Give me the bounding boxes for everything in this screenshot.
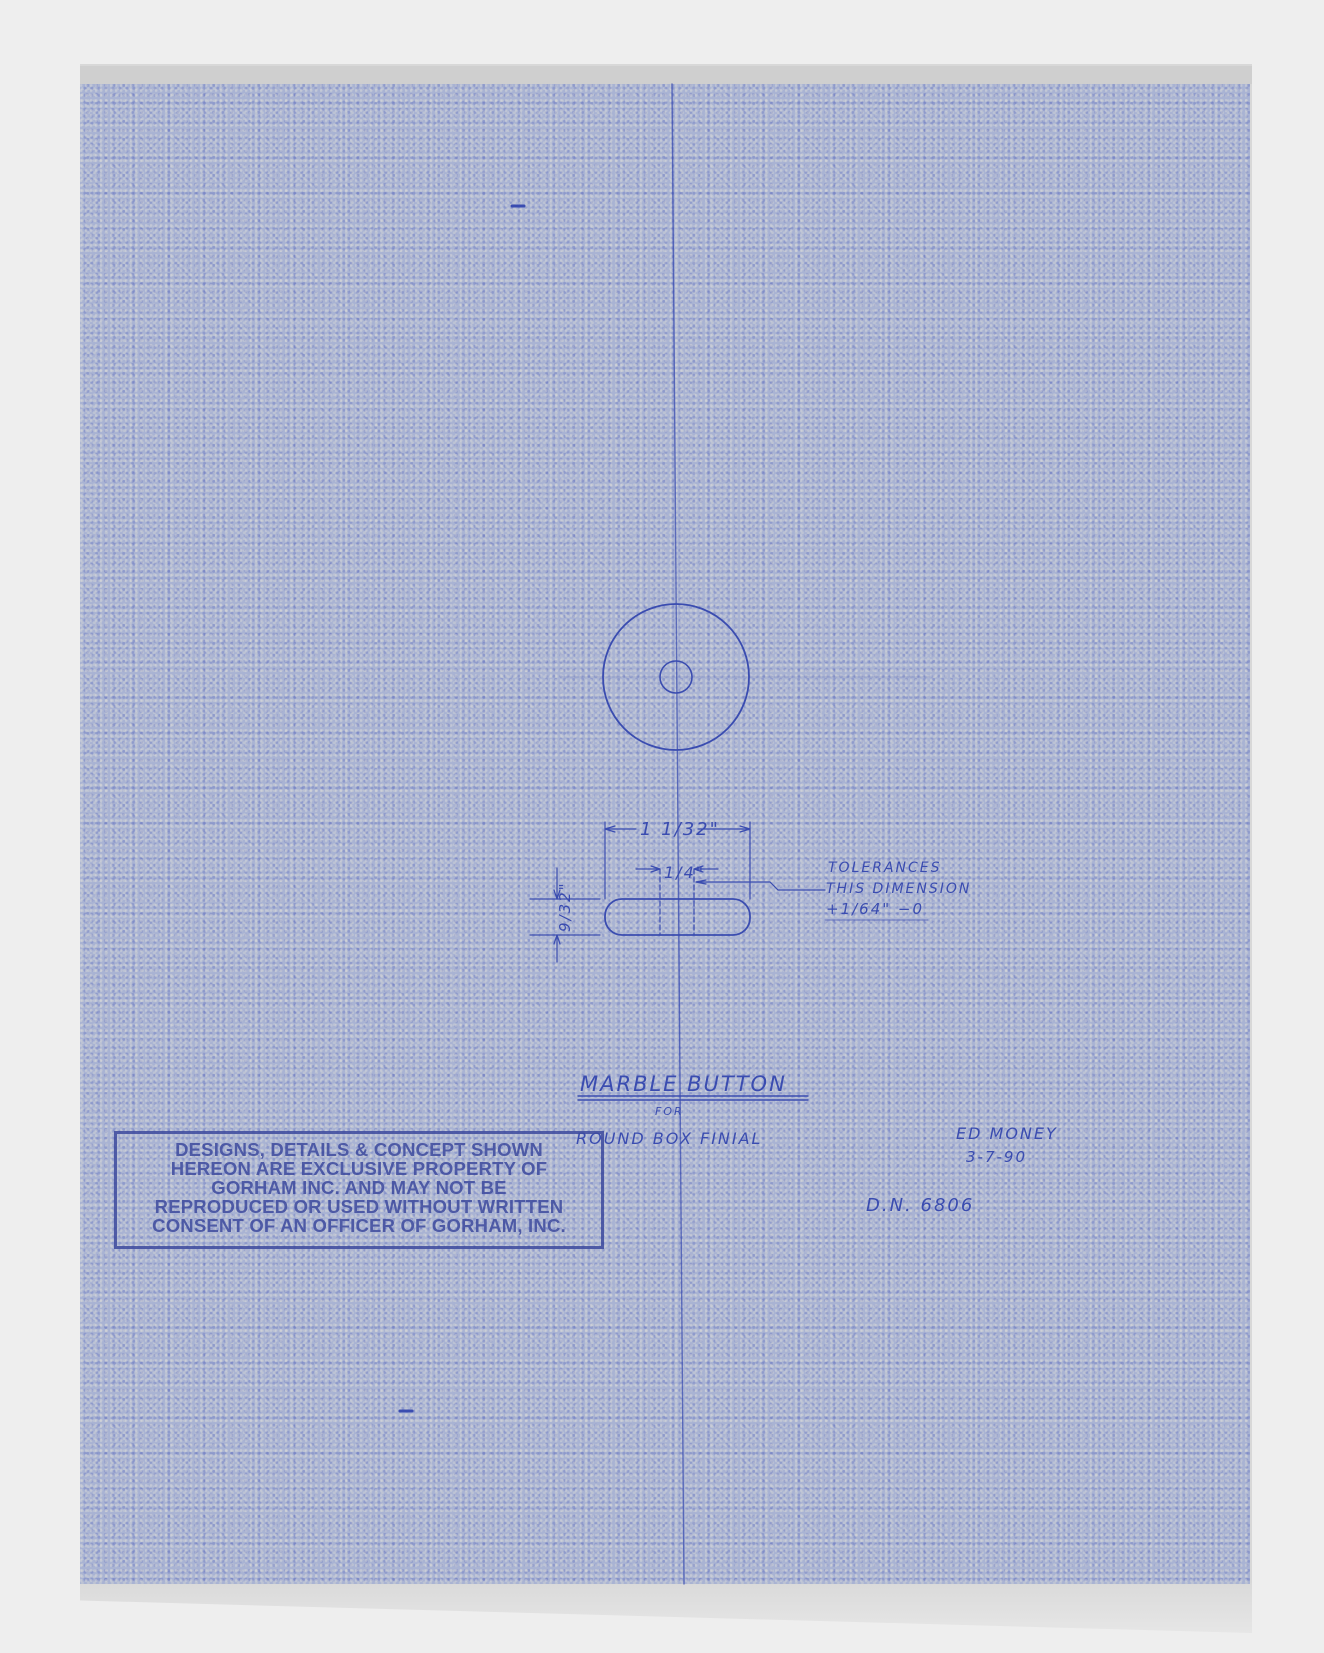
signature-name: ED MONEY (956, 1124, 1058, 1143)
tolerance-note-line2: THIS DIMENSION (826, 881, 971, 897)
side-view-profile (605, 899, 750, 935)
tolerance-note-line1: TOLERANCES (828, 860, 942, 876)
signature-date: 3-7-90 (966, 1148, 1027, 1166)
drawing-subtitle-for: FOR (655, 1105, 684, 1118)
technical-drawing: 1 1/32" 1/4" 9/32" TOLERANCES THIS DIMEN… (0, 0, 1324, 1653)
drawing-number: D.N. 6806 (866, 1195, 974, 1216)
stamp-line: GORHAM INC. AND MAY NOT BE (117, 1178, 601, 1197)
hole-width-label: 1/4" (664, 863, 705, 882)
proprietary-stamp: DESIGNS, DETAILS & CONCEPT SHOWN HEREON … (114, 1131, 604, 1249)
drawing-title: MARBLE BUTTON (580, 1072, 787, 1096)
stamp-line: REPRODUCED OR USED WITHOUT WRITTEN (117, 1197, 601, 1216)
tolerance-leader (696, 882, 825, 890)
tolerance-note-line3: +1/64" −0 (826, 900, 924, 918)
stamp-line: HEREON ARE EXCLUSIVE PROPERTY OF (117, 1159, 601, 1178)
stamp-line: CONSENT OF AN OFFICER OF GORHAM, INC. (117, 1216, 601, 1235)
thickness-label: 9/32" (556, 881, 574, 932)
overall-width-label: 1 1/32" (640, 819, 720, 840)
stamp-line: DESIGNS, DETAILS & CONCEPT SHOWN (117, 1140, 601, 1159)
